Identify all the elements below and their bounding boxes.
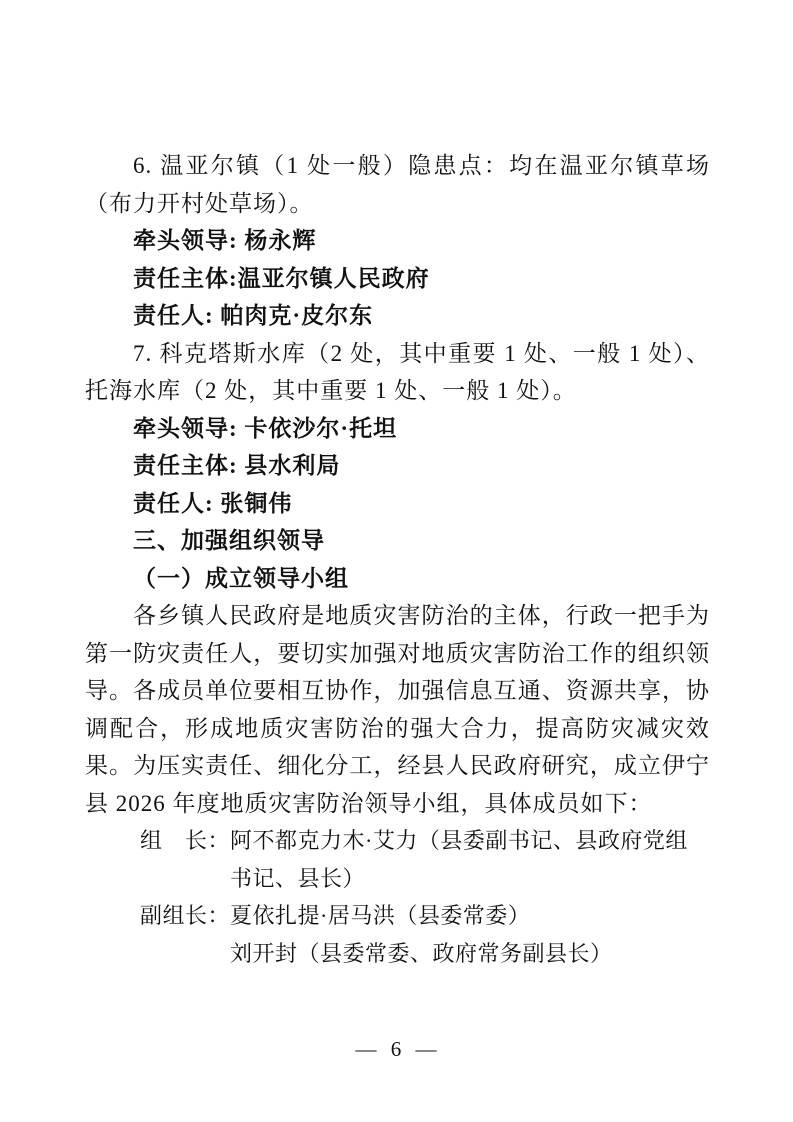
item6-responsible-entity-line: 责任主体:温亚尔镇人民政府 (85, 260, 710, 298)
item6-paragraph: 6. 温亚尔镇（1 处一般）隐患点：均在温亚尔镇草场（布力开村处草场）。 (85, 147, 710, 222)
item7-paragraph: 7. 科克塔斯水库（2 处，其中重要 1 处、一般 1 处）、托海水库（2 处，… (85, 335, 710, 410)
section-heading: 三、加强组织领导 (85, 522, 710, 560)
roster-entry: 阿不都克力木·艾力（县委副书记、县政府党组书记、县长） (230, 828, 688, 891)
item7-lead-leader-line: 牵头领导: 卡依沙尔·托坦 (85, 410, 710, 448)
roster-entry: 刘开封（县委常委、政府常务副县长） (230, 935, 710, 973)
section-paragraph: 各乡镇人民政府是地质灾害防治的主体，行政一把手为第一防灾责任人，要切实加强对地质… (85, 597, 710, 822)
subsection-heading: （一）成立领导小组 (85, 560, 710, 598)
item6-responsible-person-line: 责任人: 帕肉克·皮尔东 (85, 297, 710, 335)
roster-entry: 夏依扎提·居马洪（县委常委） (230, 897, 710, 935)
document-body: 6. 温亚尔镇（1 处一般）隐患点：均在温亚尔镇草场（布力开村处草场）。 牵头领… (85, 147, 710, 972)
roster-entries-deputy-leaders: 夏依扎提·居马洪（县委常委） 刘开封（县委常委、政府常务副县长） (230, 897, 710, 972)
roster-entries-group-leader: 阿不都克力木·艾力（县委副书记、县政府党组书记、县长） (230, 822, 710, 897)
item7-responsible-entity-line: 责任主体: 县水利局 (85, 447, 710, 485)
page-number: — 6 — (0, 1037, 793, 1062)
roster-row-group-leader: 组 长： 阿不都克力木·艾力（县委副书记、县政府党组书记、县长） (140, 822, 710, 897)
roster-row-deputy-leaders: 副组长： 夏依扎提·居马洪（县委常委） 刘开封（县委常委、政府常务副县长） (140, 897, 710, 972)
roster-label-deputy-leaders: 副组长： (140, 897, 230, 972)
item6-lead-leader-line: 牵头领导: 杨永辉 (85, 222, 710, 260)
document-page: 6. 温亚尔镇（1 处一般）隐患点：均在温亚尔镇草场（布力开村处草场）。 牵头领… (0, 0, 793, 1122)
item7-responsible-person-line: 责任人: 张铜伟 (85, 485, 710, 523)
roster-label-group-leader: 组 长： (140, 822, 230, 897)
